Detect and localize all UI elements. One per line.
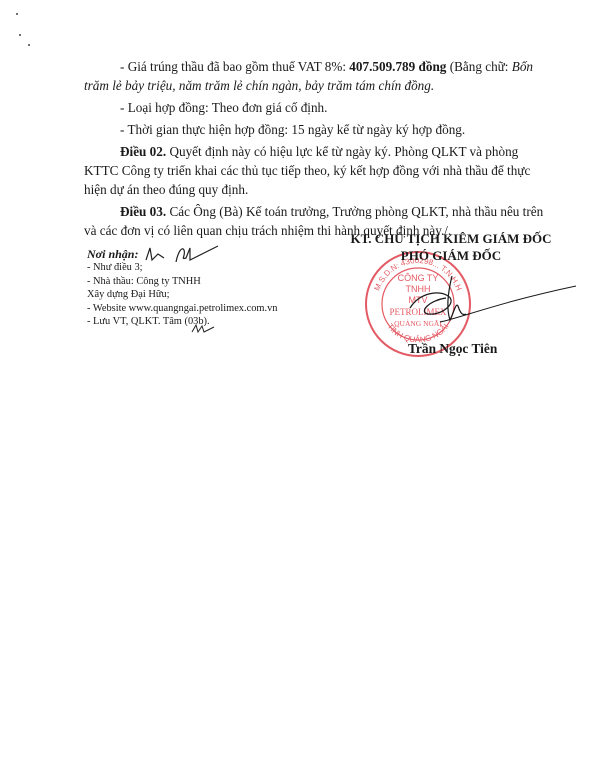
article-03: Điều 03. Các Ông (Bà) Kế toán trưởng, Tr… [84,202,580,221]
contract-duration: - Thời gian thực hiện hợp đồng: 15 ngày … [84,120,580,139]
price-amount: 407.509.789 đồng [349,59,446,74]
price-in-words: trăm lẻ bảy triệu, năm trăm lẻ chín ngàn… [84,76,580,95]
document-body: - Giá trúng thầu đã bao gồm thuế VAT 8%:… [84,57,580,240]
signature-title-2: PHÓ GIÁM ĐỐC [336,247,566,264]
recipient-item: - Nhà thầu: Công ty TNHH [87,275,277,288]
signature-title-1: KT. CHỦ TỊCH KIÊM GIÁM ĐỐC [336,230,566,247]
initials-icon [142,240,222,268]
signature-block: KT. CHỦ TỊCH KIÊM GIÁM ĐỐC PHÓ GIÁM ĐỐC [336,230,566,264]
price-line: - Giá trúng thầu đã bao gồm thuế VAT 8%:… [84,57,580,76]
recipient-item: Xây dựng Đại Hữu; [87,288,277,301]
article-02-line-2: KTTC Công ty triển khai các thủ tục tiếp… [84,161,580,180]
initials-icon [190,322,216,336]
article-02-line-3: hiện dự án theo đúng quy định. [84,180,580,199]
article-02: Điều 02. Quyết định này có hiệu lực kể t… [84,142,580,161]
signer-name: Trần Ngọc Tiên [408,341,497,357]
handwritten-signature-icon [400,272,580,342]
recipient-item: - Lưu VT, QLKT. Tâm (03b). [87,315,277,328]
document-page: - Giá trúng thầu đã bao gồm thuế VAT 8%:… [0,0,612,777]
recipient-item: - Website www.quangngai.petrolimex.com.v… [87,302,277,315]
contract-type: - Loại hợp đồng: Theo đơn giá cố định. [84,98,580,117]
